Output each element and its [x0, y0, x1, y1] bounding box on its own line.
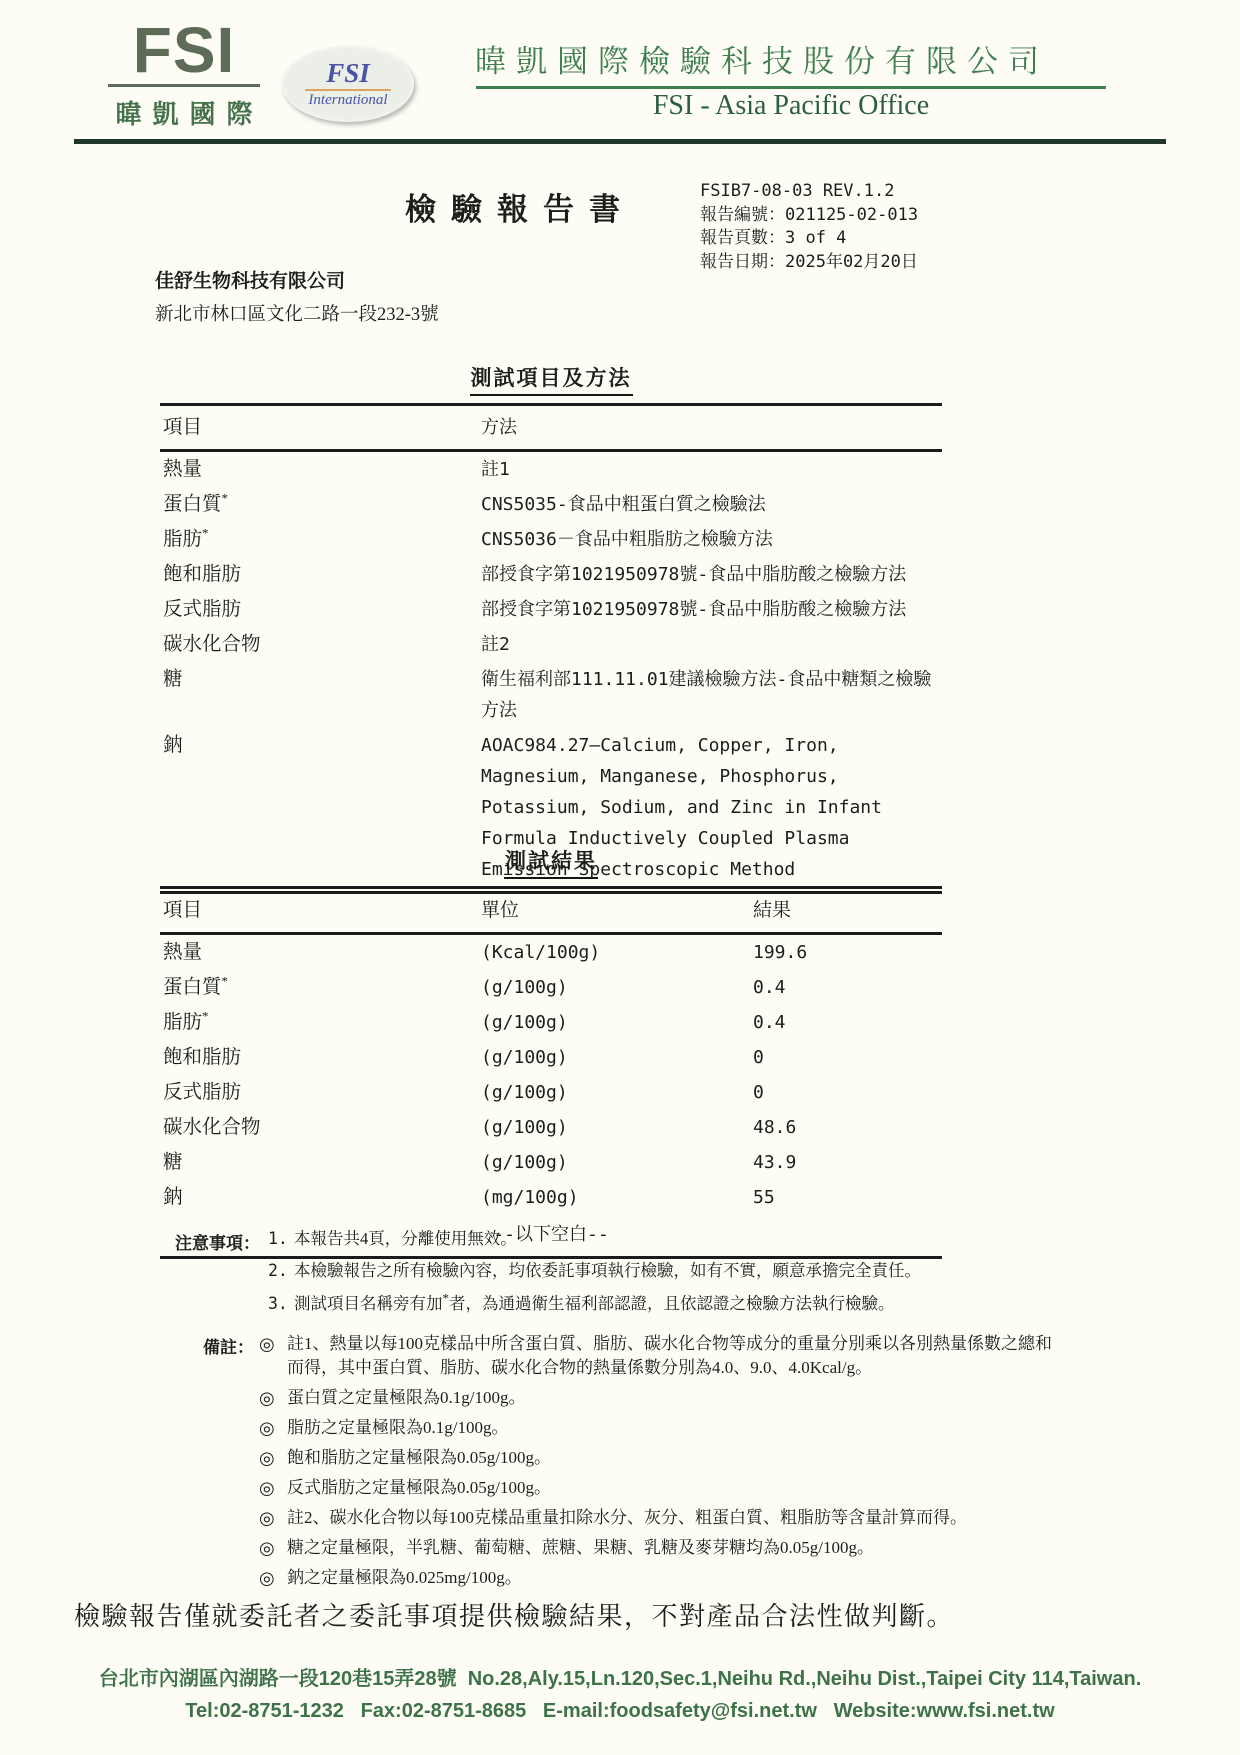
table-row: 飽和脂肪 (g/100g) 0 [160, 1040, 942, 1075]
method-text: 註2 [481, 629, 942, 660]
circle-bullet-icon: ◎ [259, 1416, 287, 1440]
report-meta: FSIB7-08-03 REV.1.2 報告編號：021125-02-013 報… [700, 180, 918, 274]
unit-text: (mg/100g) [481, 1182, 753, 1213]
table-row: 反式脂肪 部授食字第1021950978號-食品中脂肪酸之檢驗方法 [160, 592, 942, 627]
methods-table-header: 項目 方法 [160, 406, 942, 452]
col-header-item: 項目 [160, 895, 481, 926]
unit-text: (g/100g) [481, 972, 753, 1003]
result-value: 0 [753, 1077, 942, 1108]
circle-bullet-icon: ◎ [259, 1446, 287, 1470]
result-value: 0.4 [753, 1007, 942, 1038]
item-label: 碳水化合物 [163, 1117, 261, 1138]
list-item: ◎ 飽和脂肪之定量極限為0.05g/100g。 [259, 1446, 1063, 1470]
asterisk-mark: * [202, 1009, 209, 1024]
unit-text: (Kcal/100g) [481, 937, 753, 968]
result-value: 48.6 [753, 1112, 942, 1143]
item-label: 糖 [163, 669, 183, 690]
circle-bullet-icon: ◎ [259, 1566, 287, 1590]
notice-number: 1. [268, 1228, 294, 1250]
asterisk-mark: * [222, 491, 229, 506]
company-name-zh: 暐凱國際檢驗科技股份有限公司 [438, 36, 1086, 81]
circle-bullet-icon: ◎ [259, 1536, 287, 1560]
item-label: 碳水化合物 [163, 634, 261, 655]
remark-text: 鈉之定量極限為0.025mg/100g。 [287, 1566, 1063, 1590]
table-row: 飽和脂肪 部授食字第1021950978號-食品中脂肪酸之檢驗方法 [160, 557, 942, 592]
table-row: 碳水化合物 註2 [160, 627, 942, 662]
footer-block: 台北市內湖區內湖路一段120巷15弄28號 No.28,Aly.15,Ln.12… [0, 1662, 1240, 1723]
item-label: 蛋白質 [163, 977, 222, 998]
client-name: 佳舒生物科技有限公司 [155, 266, 439, 293]
results-table: 項目 單位 結果 熱量 (Kcal/100g) 199.6 蛋白質* (g/10… [160, 886, 942, 1259]
table-row: 反式脂肪 (g/100g) 0 [160, 1075, 942, 1110]
notices-list: 1. 本報告共4頁，分離使用無效。 2. 本檢驗報告之所有檢驗內容，均依委託事項… [268, 1228, 921, 1325]
fsi-logo-text: FSI [106, 20, 262, 81]
circle-bullet-icon: ◎ [259, 1476, 287, 1500]
asterisk-mark: * [202, 526, 209, 541]
item-label: 鈉 [163, 735, 183, 756]
item-label: 脂肪 [163, 1012, 202, 1033]
item-label: 飽和脂肪 [163, 564, 241, 585]
unit-text: (g/100g) [481, 1042, 753, 1073]
fsi-logo: FSI 暐凱國際 [106, 20, 262, 131]
notices-block: 注意事項： 1. 本報告共4頁，分離使用無效。 2. 本檢驗報告之所有檢驗內容，… [175, 1228, 1155, 1325]
method-text: 部授食字第1021950978號-食品中脂肪酸之檢驗方法 [481, 594, 942, 625]
item-label: 蛋白質 [163, 494, 222, 515]
col-header-method: 方法 [481, 412, 942, 443]
notice-text: 本報告共4頁，分離使用無效。 [294, 1229, 517, 1248]
table-row: 糖 衛生福利部111.11.01建議檢驗方法-食品中糖類之檢驗方法 [160, 662, 942, 728]
method-text: 註1 [481, 454, 942, 485]
remark-text: 飽和脂肪之定量極限為0.05g/100g。 [287, 1446, 1063, 1470]
company-name-divider [476, 86, 1106, 89]
item-label: 飽和脂肪 [163, 1047, 241, 1068]
remarks-label: 備註： [203, 1332, 259, 1596]
report-pages: 報告頁數：3 of 4 [700, 227, 918, 251]
remark-text: 註1、熱量以每100克樣品中所含蛋白質、脂肪、碳水化合物等成分的重量分別乘以各別… [287, 1332, 1063, 1380]
notices-label: 注意事項： [175, 1228, 268, 1325]
result-value: 43.9 [753, 1147, 942, 1178]
table-row: 蛋白質* (g/100g) 0.4 [160, 970, 942, 1005]
item-label: 脂肪 [163, 529, 202, 550]
col-header-unit: 單位 [481, 895, 753, 926]
table-row: 鈉 (mg/100g) 55 [160, 1180, 942, 1215]
table-row: 熱量 (Kcal/100g) 199.6 [160, 935, 942, 970]
unit-text: (g/100g) [481, 1147, 753, 1178]
remark-text: 反式脂肪之定量極限為0.05g/100g。 [287, 1476, 1063, 1500]
circle-bullet-icon: ◎ [259, 1506, 287, 1530]
client-block: 佳舒生物科技有限公司 新北市林口區文化二路一段232-3號 [155, 266, 439, 326]
results-table-header: 項目 單位 結果 [160, 889, 942, 935]
fsi-logo-subtext: 暐凱國際 [106, 94, 273, 131]
table-row: 脂肪* (g/100g) 0.4 [160, 1005, 942, 1040]
table-row: 熱量 註1 [160, 452, 942, 487]
unit-text: (g/100g) [481, 1112, 753, 1143]
list-item: 1. 本報告共4頁，分離使用無效。 [268, 1228, 921, 1250]
remarks-list: ◎ 註1、熱量以每100克樣品中所含蛋白質、脂肪、碳水化合物等成分的重量分別乘以… [259, 1332, 1063, 1596]
footer-contact: Tel:02-8751-1232 Fax:02-8751-8685 E-mail… [0, 1700, 1240, 1723]
footer-address: 台北市內湖區內湖路一段120巷15弄28號 No.28,Aly.15,Ln.12… [0, 1662, 1240, 1691]
notice-text: 者，為通過衛生福利部認證，且依認證之檢驗方法執行檢驗。 [449, 1294, 895, 1313]
client-address: 新北市林口區文化二路一段232-3號 [155, 300, 439, 326]
header-rule [74, 139, 1166, 144]
methods-section: 測試項目及方法 項目 方法 熱量 註1 蛋白質* CNS5035-食品中粗蛋白質… [160, 362, 942, 894]
remark-text: 糖之定量極限，半乳糖、葡萄糖、蔗糖、果糖、乳糖及麥芽糖均為0.05g/100g。 [287, 1536, 1063, 1560]
methods-table: 項目 方法 熱量 註1 蛋白質* CNS5035-食品中粗蛋白質之檢驗法 脂肪*… [160, 403, 942, 894]
list-item: ◎ 脂肪之定量極限為0.1g/100g。 [259, 1416, 1063, 1440]
result-value: 55 [753, 1182, 942, 1213]
circle-bullet-icon: ◎ [259, 1386, 287, 1410]
fsi-international-badge-icon: FSI International [282, 46, 414, 122]
item-label: 熱量 [163, 459, 202, 480]
result-value: 0.4 [753, 972, 942, 1003]
unit-text: (g/100g) [481, 1007, 753, 1038]
list-item: ◎ 鈉之定量極限為0.025mg/100g。 [259, 1566, 1063, 1590]
notice-number: 2. [268, 1260, 294, 1282]
report-title: 檢驗報告書 [300, 184, 740, 229]
method-text: 部授食字第1021950978號-食品中脂肪酸之檢驗方法 [481, 559, 942, 590]
item-label: 熱量 [163, 942, 202, 963]
table-row: 蛋白質* CNS5035-食品中粗蛋白質之檢驗法 [160, 487, 942, 522]
col-header-item: 項目 [160, 412, 481, 443]
list-item: ◎ 註2、碳水化合物以每100克樣品重量扣除水分、灰分、粗蛋白質、粗脂肪等含量計… [259, 1506, 1063, 1530]
badge-international-text: International [308, 93, 387, 108]
result-value: 0 [753, 1042, 942, 1073]
result-value: 199.6 [753, 937, 942, 968]
unit-text: (g/100g) [481, 1077, 753, 1108]
list-item: ◎ 蛋白質之定量極限為0.1g/100g。 [259, 1386, 1063, 1410]
methods-section-title: 測試項目及方法 [160, 362, 942, 396]
badge-fsi-text: FSI [326, 60, 370, 87]
remark-text: 註2、碳水化合物以每100克樣品重量扣除水分、灰分、粗蛋白質、粗脂肪等含量計算而… [287, 1506, 1063, 1530]
badge-divider [305, 89, 391, 91]
item-label: 反式脂肪 [163, 599, 241, 620]
list-item: ◎ 反式脂肪之定量極限為0.05g/100g。 [259, 1476, 1063, 1500]
report-page: FSI 暐凱國際 FSI International 暐凱國際檢驗科技股份有限公… [0, 0, 1240, 1755]
method-text: CNS5036－食品中粗脂肪之檢驗方法 [481, 524, 942, 555]
table-row: 脂肪* CNS5036－食品中粗脂肪之檢驗方法 [160, 522, 942, 557]
table-row: 碳水化合物 (g/100g) 48.6 [160, 1110, 942, 1145]
remarks-block: 備註： ◎ 註1、熱量以每100克樣品中所含蛋白質、脂肪、碳水化合物等成分的重量… [203, 1332, 1063, 1596]
disclaimer-text: 檢驗報告僅就委託者之委託事項提供檢驗結果，不對產品合法性做判斷。 [74, 1596, 954, 1633]
list-item: ◎ 註1、熱量以每100克樣品中所含蛋白質、脂肪、碳水化合物等成分的重量分別乘以… [259, 1332, 1063, 1380]
notice-text: 本檢驗報告之所有檢驗內容，均依委託事項執行檢驗，如有不實，願意承擔完全責任。 [294, 1261, 921, 1280]
results-section: 測試結果 項目 單位 結果 熱量 (Kcal/100g) 199.6 蛋白質* … [160, 845, 942, 1259]
report-number: 報告編號：021125-02-013 [700, 204, 918, 228]
list-item: 2. 本檢驗報告之所有檢驗內容，均依委託事項執行檢驗，如有不實，願意承擔完全責任… [268, 1260, 921, 1282]
list-item: ◎ 糖之定量極限，半乳糖、葡萄糖、蔗糖、果糖、乳糖及麥芽糖均為0.05g/100… [259, 1536, 1063, 1560]
remark-text: 脂肪之定量極限為0.1g/100g。 [287, 1416, 1063, 1440]
item-label: 反式脂肪 [163, 1082, 241, 1103]
table-row: 糖 (g/100g) 43.9 [160, 1145, 942, 1180]
form-code: FSIB7-08-03 REV.1.2 [700, 180, 918, 204]
list-item: 3. 測試項目名稱旁有加*者，為通過衛生福利部認證，且依認證之檢驗方法執行檢驗。 [268, 1293, 921, 1315]
results-section-title: 測試結果 [160, 845, 942, 879]
asterisk-mark: * [222, 974, 229, 989]
method-text: 衛生福利部111.11.01建議檢驗方法-食品中糖類之檢驗方法 [481, 664, 942, 726]
circle-bullet-icon: ◎ [259, 1332, 287, 1380]
report-date: 報告日期：2025年02月20日 [700, 251, 918, 275]
col-header-result: 結果 [753, 895, 942, 926]
method-text: CNS5035-食品中粗蛋白質之檢驗法 [481, 489, 942, 520]
remark-text: 蛋白質之定量極限為0.1g/100g。 [287, 1386, 1063, 1410]
item-label: 糖 [163, 1152, 183, 1173]
item-label: 鈉 [163, 1187, 183, 1208]
notice-number: 3. [268, 1293, 294, 1315]
company-name-en: FSI - Asia Pacific Office [476, 90, 1106, 122]
notice-text: 測試項目名稱旁有加 [294, 1294, 443, 1313]
